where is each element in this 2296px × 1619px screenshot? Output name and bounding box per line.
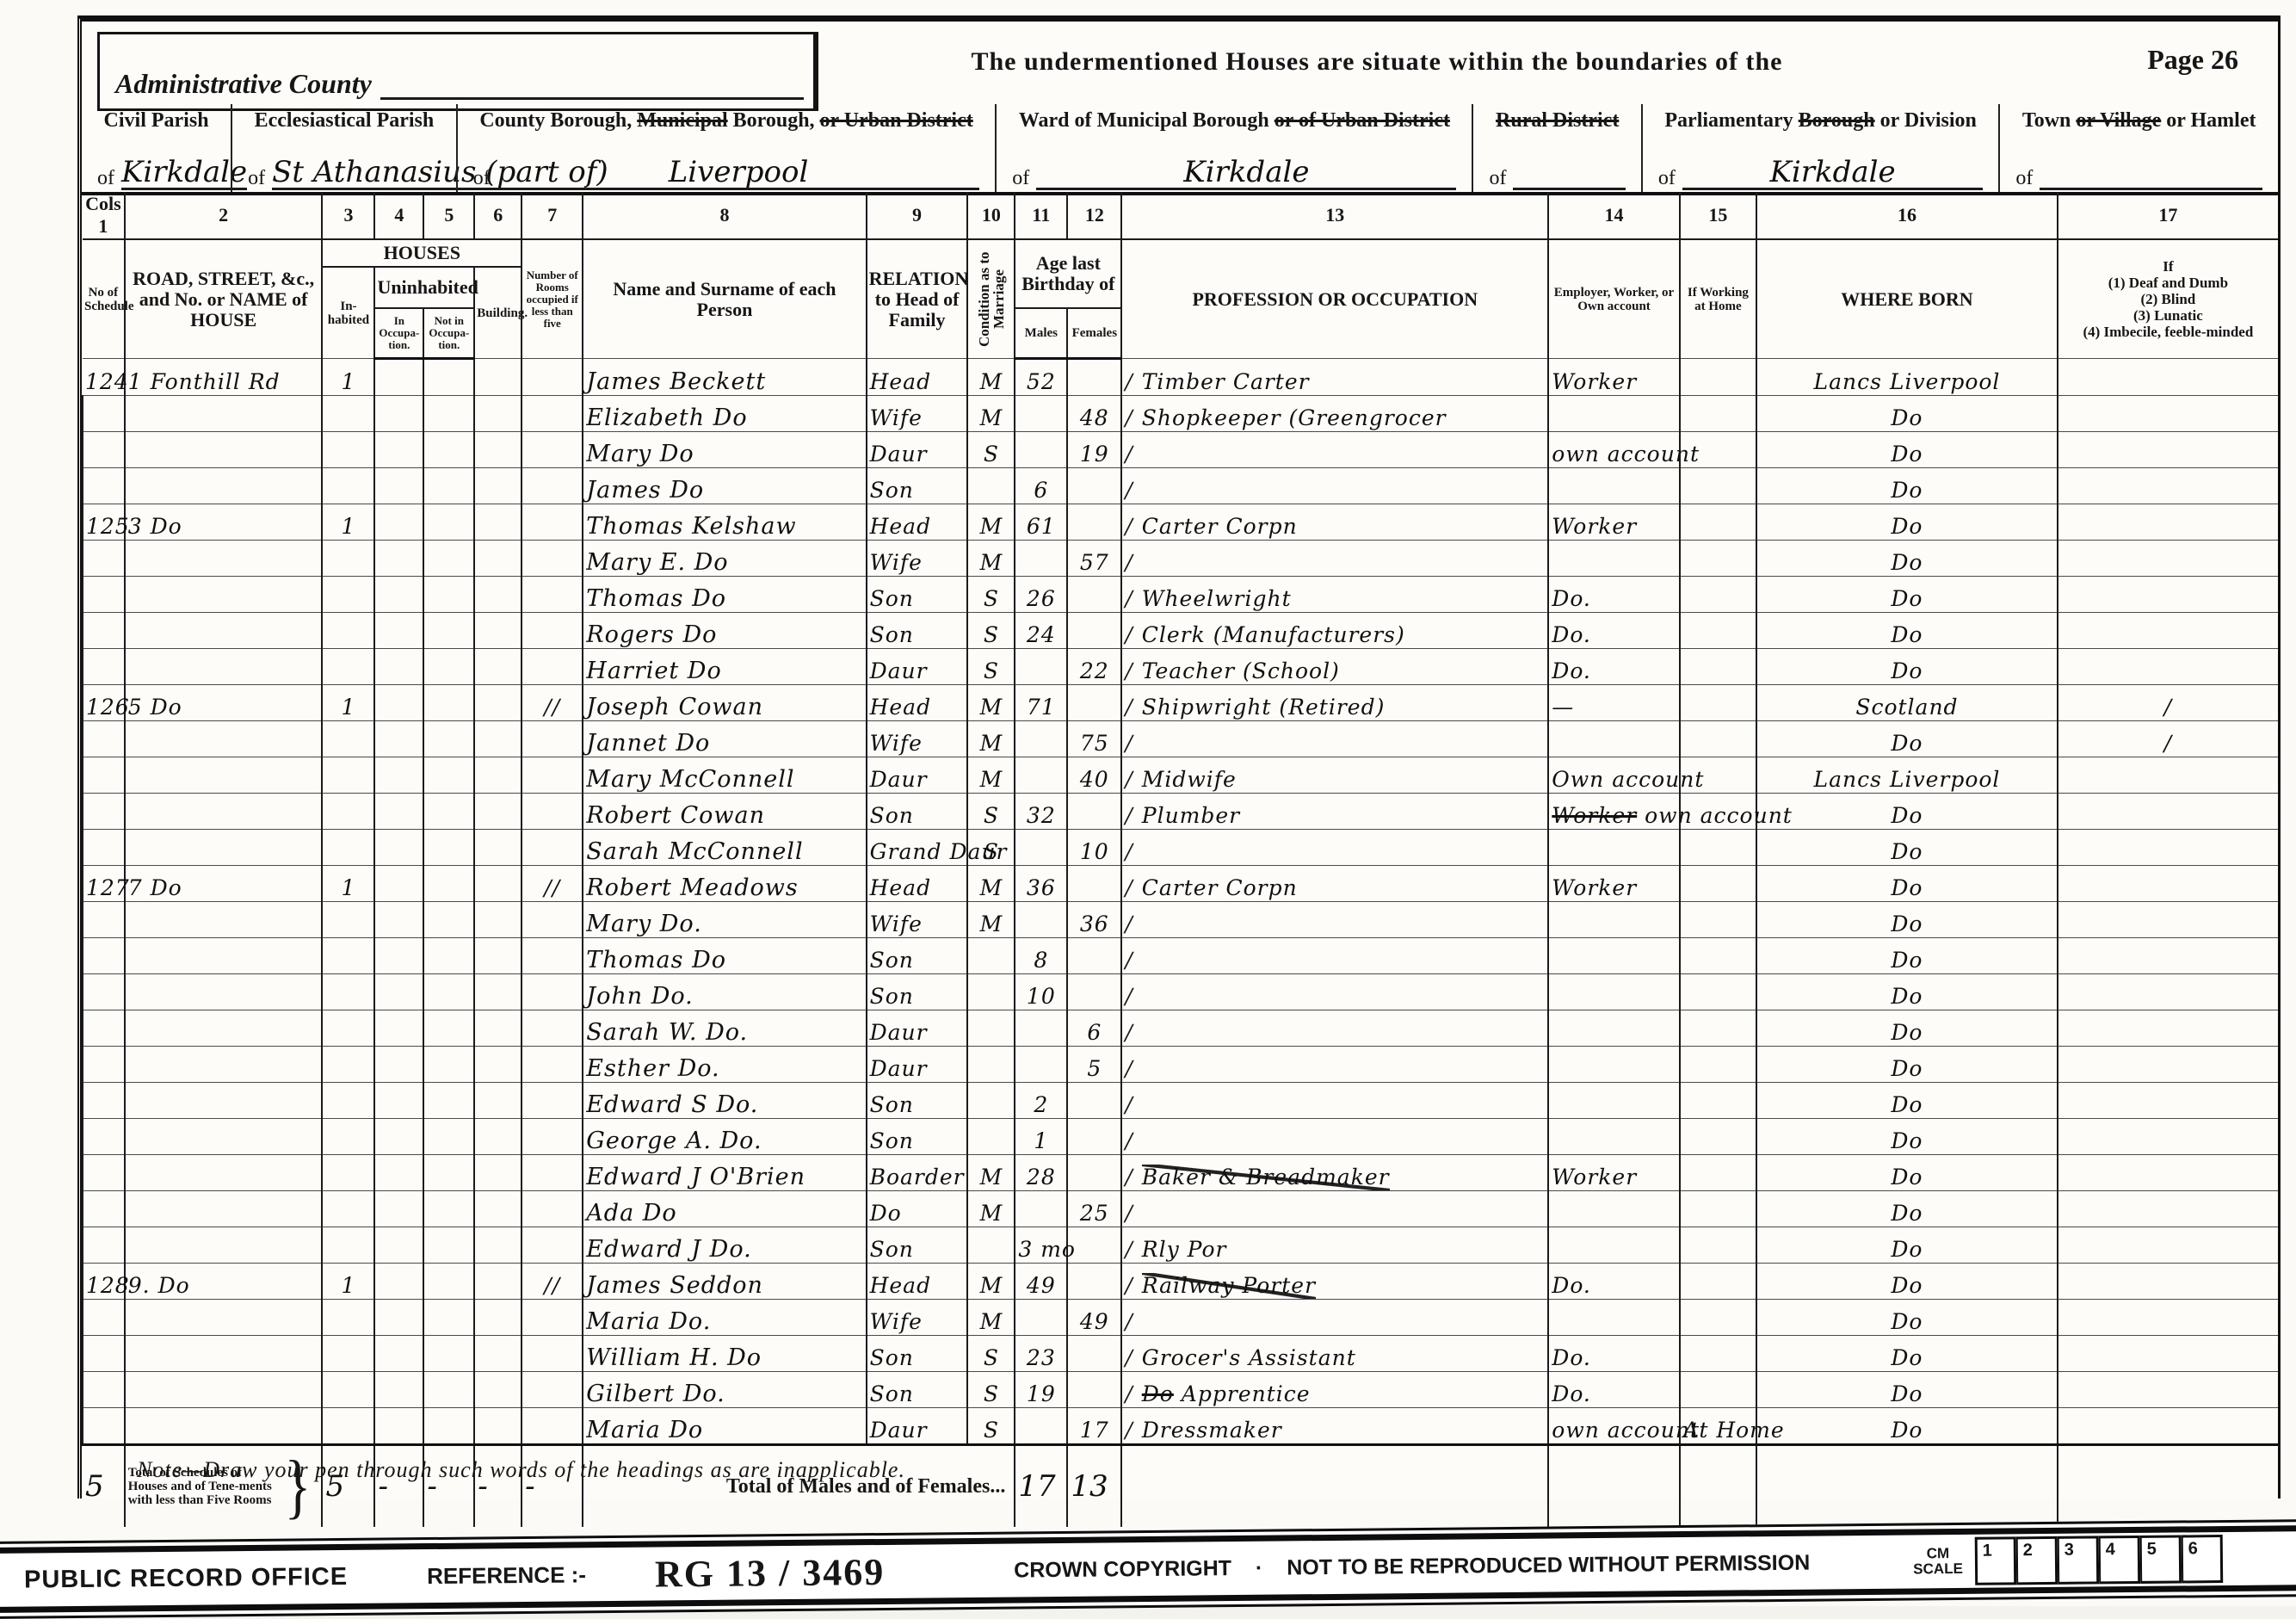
- cell-address: [125, 613, 323, 649]
- handwritten-text: Lancs Liverpool: [1813, 369, 2000, 394]
- cm-scale-label: CM SCALE: [1913, 1546, 1963, 1578]
- cell-inhabited: 1: [322, 866, 374, 902]
- cell-building: [474, 902, 522, 938]
- handwritten-text: Own account: [1552, 767, 1704, 792]
- handwritten-text: S: [984, 586, 999, 611]
- cell-schedule: [83, 1155, 125, 1191]
- district-title-segment: Civil Parish: [104, 109, 209, 132]
- cell-address: [125, 1336, 323, 1372]
- handwritten-text: Do.: [1552, 1381, 1591, 1406]
- handwritten-text: Thomas Do: [586, 947, 726, 973]
- handwritten-text: Clerk (Manufacturers): [1142, 622, 1405, 647]
- cell-employer: Do.: [1548, 1336, 1679, 1372]
- handwritten-text: Daur: [870, 1056, 928, 1081]
- cell-condition: S: [967, 432, 1015, 468]
- cell-age-male: 3 mo: [1015, 1227, 1067, 1264]
- cell-occupation: ∕: [1121, 541, 1548, 577]
- cell-rooms: [522, 1408, 583, 1445]
- cell-building: [474, 1372, 522, 1408]
- district-area-4: Rural Districtof: [1472, 104, 1640, 192]
- cell-age-male: [1015, 902, 1067, 938]
- col-num-6: 6: [474, 192, 522, 239]
- cell-age-male: 61: [1015, 504, 1067, 541]
- cell-occupation: ∕Shipwright (Retired): [1121, 685, 1548, 721]
- cell-employer: Worker: [1548, 866, 1679, 902]
- enumerator-tick-mark: ∕: [1125, 803, 1133, 828]
- cell-relation: Daur: [867, 757, 968, 794]
- enumerator-tick-mark: ∕: [1125, 1201, 1133, 1226]
- cell-age-male: 10: [1015, 974, 1067, 1010]
- footnote: Note—Draw your pen through such words of…: [137, 1457, 905, 1483]
- cell-employer: [1548, 902, 1679, 938]
- cell-age-female: [1067, 1336, 1121, 1372]
- handwritten-text: Do: [870, 1201, 902, 1226]
- handwritten-text: Robert Cowan: [586, 802, 765, 829]
- cell-employer: own account: [1548, 432, 1679, 468]
- cell-schedule: [83, 1083, 125, 1119]
- handwritten-text: Railway Porter: [1142, 1273, 1316, 1298]
- cell-not-in-occupation: [423, 866, 474, 902]
- archive-reference-strip: PUBLIC RECORD OFFICE REFERENCE :- RG 13 …: [0, 1519, 2296, 1606]
- col-header-building: Building.: [474, 267, 522, 359]
- cell-schedule: [83, 902, 125, 938]
- census-body: 1241 Fonthill Rd1James BeckettHeadM52∕Ti…: [83, 359, 2278, 1445]
- cell-rooms: [522, 577, 583, 613]
- cell-employer: Worker: [1548, 504, 1679, 541]
- cell-employer: Do.: [1548, 1264, 1679, 1300]
- table-row: Mary E. DoWifeM57∕Do: [83, 541, 2278, 577]
- reference-value: RG 13 / 3469: [655, 1549, 886, 1596]
- cell-schedule: 125: [83, 504, 125, 541]
- cell-occupation: ∕Timber Carter: [1121, 359, 1548, 396]
- table-row: Edward J O'BrienBoarderM28∕Baker & Bread…: [83, 1155, 2278, 1191]
- col-num-3: 3: [322, 192, 374, 239]
- col-header-houses: HOUSES: [322, 239, 522, 267]
- district-title-segment: Town: [2022, 109, 2076, 132]
- cell-age-male: 32: [1015, 794, 1067, 830]
- cell-rooms: [522, 504, 583, 541]
- cell-occupation: ∕: [1121, 1047, 1548, 1083]
- enumerator-tick-mark: ∕: [1125, 622, 1133, 647]
- cell-age-male: 1: [1015, 1119, 1067, 1155]
- enumerator-tick-mark: ∕: [1125, 1418, 1133, 1443]
- totals-empty-14: [1548, 1445, 1679, 1528]
- cell-occupation: ∕: [1121, 1083, 1548, 1119]
- handwritten-text: 75: [1080, 731, 1109, 756]
- cell-building: [474, 757, 522, 794]
- handwritten-text: 1: [342, 875, 356, 900]
- enumerator-tick-mark: ∕: [1125, 875, 1133, 900]
- table-row: 1277 Do1∕∕Robert MeadowsHeadM36∕Carter C…: [83, 866, 2278, 902]
- handwritten-text: Edward S Do.: [586, 1091, 758, 1118]
- handwritten-text: M: [980, 1273, 1003, 1298]
- cell-infirmity: [2058, 1336, 2278, 1372]
- cell-condition: S: [967, 577, 1015, 613]
- cell-occupation: ∕: [1121, 902, 1548, 938]
- cell-occupation: ∕Railway Porter: [1121, 1264, 1548, 1300]
- public-record-office-label: PUBLIC RECORD OFFICE: [24, 1562, 348, 1594]
- handwritten-text: James Beckett: [586, 368, 766, 395]
- cell-inhabited: [322, 1227, 374, 1264]
- cell-name: John Do.: [583, 974, 866, 1010]
- totals-empty-13: [1121, 1445, 1548, 1528]
- district-title-segment: Borough,: [728, 109, 820, 132]
- cell-address: [125, 1047, 323, 1083]
- cell-inhabited: 1: [322, 504, 374, 541]
- cell-occupation: ∕Teacher (School): [1121, 649, 1548, 685]
- cell-condition: [967, 1010, 1015, 1047]
- handwritten-text: 9. Do: [128, 1273, 190, 1298]
- handwritten-text: 25: [1080, 1201, 1109, 1226]
- cell-where-born: Do: [1756, 1155, 2058, 1191]
- cell-relation: Son: [867, 577, 968, 613]
- slashed-occupation: Baker & Breadmaker: [1142, 1165, 1390, 1190]
- enumerator-tick-mark: ∕: [1125, 1309, 1133, 1334]
- col-num-7: 7: [522, 192, 583, 239]
- cell-occupation: ∕: [1121, 468, 1548, 504]
- cell-address: [125, 1155, 323, 1191]
- cell-inhabited: [322, 721, 374, 757]
- cell-schedule: [83, 938, 125, 974]
- table-row: Thomas DoSonS26∕WheelwrightDo.Do: [83, 577, 2278, 613]
- cell-in-occupation: [374, 649, 423, 685]
- handwritten-text: Son: [870, 622, 914, 647]
- cell-rooms: ∕∕: [522, 1264, 583, 1300]
- handwritten-text: M: [980, 1201, 1003, 1226]
- cell-employer: [1548, 830, 1679, 866]
- col-num-12: 12: [1067, 192, 1121, 239]
- cell-not-in-occupation: [423, 902, 474, 938]
- table-row: 1289. Do1∕∕James SeddonHeadM49∕Railway P…: [83, 1264, 2278, 1300]
- cell-inhabited: [322, 1155, 374, 1191]
- cell-condition: S: [967, 794, 1015, 830]
- col-header-in-occupation: In Occupa-tion.: [374, 308, 423, 359]
- handwritten-text: Do: [1891, 1128, 1923, 1153]
- cell-occupation: ∕: [1121, 1119, 1548, 1155]
- handwritten-text: M: [980, 1165, 1003, 1190]
- col-header-relation: RELATION to Head of Family: [867, 239, 968, 359]
- cell-name: Joseph Cowan: [583, 685, 866, 721]
- cell-inhabited: [322, 396, 374, 432]
- handwritten-text: Son: [870, 1381, 914, 1406]
- cell-building: [474, 613, 522, 649]
- handwritten-text: Daur: [870, 1418, 928, 1443]
- cell-address: [125, 649, 323, 685]
- cell-not-in-occupation: [423, 432, 474, 468]
- cell-age-male: [1015, 396, 1067, 432]
- cell-inhabited: [322, 541, 374, 577]
- cell-address: [125, 1300, 323, 1336]
- handwritten-text: 1: [342, 695, 356, 720]
- cell-schedule: [83, 432, 125, 468]
- handwritten-text: 26: [1027, 586, 1056, 611]
- cell-condition: [967, 1227, 1015, 1264]
- cell-employer: [1548, 721, 1679, 757]
- district-header-band: Civil ParishofKirkdaleEcclesiastical Par…: [82, 104, 2278, 195]
- handwritten-text: Do: [1891, 1201, 1923, 1226]
- handwritten-text: Do: [1891, 478, 1923, 503]
- cell-schedule: [83, 830, 125, 866]
- handwritten-text: 125: [86, 514, 130, 539]
- col-header-not-occupation: Not in Occupa-tion.: [423, 308, 474, 359]
- handwritten-text: 124: [85, 369, 129, 394]
- cell-name: Maria Do.: [583, 1300, 866, 1336]
- handwritten-text: S: [984, 622, 999, 647]
- cell-schedule: 124: [83, 359, 125, 396]
- of-word: of: [1489, 167, 1506, 190]
- cell-occupation: ∕Wheelwright: [1121, 577, 1548, 613]
- handwritten-text: Shipwright (Retired): [1142, 695, 1386, 720]
- cell-in-occupation: [374, 1336, 423, 1372]
- cell-name: James Do: [583, 468, 866, 504]
- cell-building: [474, 1264, 522, 1300]
- handwritten-text: James Seddon: [586, 1272, 763, 1299]
- handwritten-text: Jannet Do: [586, 730, 710, 757]
- handwritten-text: Head: [870, 695, 932, 720]
- cell-schedule: [83, 1336, 125, 1372]
- handwritten-text: M: [980, 875, 1003, 900]
- table-row: 1265 Do1∕∕Joseph CowanHeadM71∕Shipwright…: [83, 685, 2278, 721]
- cell-name: William H. Do: [583, 1336, 866, 1372]
- handwritten-text: Wheelwright: [1142, 586, 1292, 611]
- cell-name: Thomas Kelshaw: [583, 504, 866, 541]
- cell-infirmity: [2058, 1300, 2278, 1336]
- cell-infirmity: [2058, 468, 2278, 504]
- district-area-of-row: ofKirkdale: [82, 157, 231, 190]
- cell-in-occupation: [374, 938, 423, 974]
- cell-age-female: 36: [1067, 902, 1121, 938]
- cell-condition: [967, 1047, 1015, 1083]
- handwritten-text: Daur: [870, 442, 928, 467]
- cell-inhabited: [322, 757, 374, 794]
- cell-rooms: [522, 541, 583, 577]
- enumerator-tick-mark: ∕: [1125, 478, 1133, 503]
- cell-inhabited: [322, 1336, 374, 1372]
- cell-inhabited: [322, 613, 374, 649]
- handwritten-text: Son: [870, 1092, 914, 1117]
- table-row: Ada DoDoM25∕Do: [83, 1191, 2278, 1227]
- cell-infirmity: [2058, 541, 2278, 577]
- handwritten-text: M: [980, 550, 1003, 575]
- cell-infirmity: [2058, 902, 2278, 938]
- cell-infirmity: [2058, 938, 2278, 974]
- cell-relation: Wife: [867, 1300, 968, 1336]
- cm-label: CM: [1913, 1546, 1963, 1562]
- cell-infirmity: ∕: [2058, 721, 2278, 757]
- cell-rooms: [522, 1227, 583, 1264]
- district-title-segment: or Urban District: [820, 109, 973, 132]
- cell-relation: Son: [867, 1372, 968, 1408]
- cell-age-female: 19: [1067, 432, 1121, 468]
- cell-where-born: Do: [1756, 1300, 2058, 1336]
- district-area-6: Town or Village or Hamletof: [1998, 104, 2278, 192]
- handwritten-text: Do.: [1552, 1273, 1591, 1298]
- cell-rooms: [522, 432, 583, 468]
- cell-age-male: 49: [1015, 1264, 1067, 1300]
- col-header-rooms: Number of Rooms occupied if less than fi…: [522, 239, 583, 359]
- cell-name: James Beckett: [583, 359, 866, 396]
- cell-working-at-home: [1680, 1047, 1756, 1083]
- cell-infirmity: [2058, 396, 2278, 432]
- cell-occupation: ∕Dressmaker: [1121, 1408, 1548, 1445]
- handwritten-text: 49: [1080, 1309, 1109, 1334]
- of-word: of: [2015, 167, 2033, 190]
- cell-employer: [1548, 396, 1679, 432]
- col-num-10: 10: [967, 192, 1015, 239]
- cell-where-born: Do: [1756, 1227, 2058, 1264]
- cell-inhabited: [322, 1300, 374, 1336]
- cell-building: [474, 1119, 522, 1155]
- cell-where-born: Do: [1756, 1083, 2058, 1119]
- table-row: George A. Do.Son1∕Do: [83, 1119, 2278, 1155]
- cell-in-occupation: [374, 359, 423, 396]
- handwritten-text: 19: [1027, 1381, 1056, 1406]
- handwritten-text: George A. Do.: [586, 1128, 762, 1154]
- cell-inhabited: [322, 1191, 374, 1227]
- handwritten-text: Do: [1891, 984, 1923, 1009]
- cell-building: [474, 1227, 522, 1264]
- cell-age-female: [1067, 504, 1121, 541]
- handwritten-text: Head: [870, 875, 932, 900]
- district-area-of-row: of: [2000, 167, 2278, 190]
- handwritten-text: ∕: [2164, 731, 2172, 756]
- cell-not-in-occupation: [423, 1336, 474, 1372]
- cell-inhabited: [322, 468, 374, 504]
- cell-relation: Head: [867, 866, 968, 902]
- cell-where-born: Do: [1756, 902, 2058, 938]
- handwritten-text: 127: [86, 875, 130, 900]
- cell-not-in-occupation: [423, 757, 474, 794]
- archive-reference-strip-inner: PUBLIC RECORD OFFICE REFERENCE :- RG 13 …: [0, 1525, 2296, 1606]
- handwritten-text: S: [984, 1381, 999, 1406]
- cell-not-in-occupation: [423, 396, 474, 432]
- houses-band-row: No of Schedule ROAD, STREET, &c., and No…: [83, 239, 2278, 267]
- cell-condition: S: [967, 1372, 1015, 1408]
- cell-age-male: 24: [1015, 613, 1067, 649]
- handwritten-text: Sarah McConnell: [586, 838, 803, 865]
- table-row: Edward J Do.Son3 mo∕Rly PorDo: [83, 1227, 2278, 1264]
- handwritten-text: Do.: [1552, 586, 1591, 611]
- cell-occupation: ∕: [1121, 432, 1548, 468]
- infirmity-line-3: (3) Lunatic: [2060, 307, 2276, 324]
- cell-age-male: [1015, 830, 1067, 866]
- table-row: 1253 Do1Thomas KelshawHeadM61∕Carter Cor…: [83, 504, 2278, 541]
- district-area-value: Kirkdale: [121, 157, 247, 190]
- col-header-employer: Employer, Worker, or Own account: [1548, 239, 1679, 359]
- handwritten-text: Worker: [1552, 369, 1637, 394]
- cell-building: [474, 721, 522, 757]
- cell-age-male: 52: [1015, 359, 1067, 396]
- cell-where-born: Do: [1756, 1408, 2058, 1445]
- cell-age-male: [1015, 1408, 1067, 1445]
- cell-where-born: Do: [1756, 1010, 2058, 1047]
- cell-in-occupation: [374, 1300, 423, 1336]
- cell-where-born: Do: [1756, 1264, 2058, 1300]
- cell-rooms: [522, 468, 583, 504]
- cell-building: [474, 359, 522, 396]
- cell-infirmity: [2058, 577, 2278, 613]
- cell-age-female: [1067, 468, 1121, 504]
- handwritten-text: Carter Corpn: [1142, 514, 1298, 539]
- reproduction-notice: NOT TO BE REPRODUCED WITHOUT PERMISSION: [1287, 1550, 1810, 1580]
- handwritten-text: Robert Meadows: [586, 874, 798, 901]
- handwritten-text: Maria Do: [586, 1417, 703, 1443]
- cell-age-female: [1067, 1264, 1121, 1300]
- district-title-segment: or Division: [1875, 109, 1977, 132]
- handwritten-text: Apprentice: [1174, 1381, 1311, 1406]
- cell-address: [125, 1408, 323, 1445]
- cell-address: [125, 468, 323, 504]
- of-word: of: [1658, 167, 1676, 190]
- cell-not-in-occupation: [423, 649, 474, 685]
- cell-working-at-home: [1680, 938, 1756, 974]
- col-num-17: 17: [2058, 192, 2278, 239]
- cell-working-at-home: [1680, 830, 1756, 866]
- handwritten-text: Do: [1891, 1165, 1923, 1190]
- cell-age-female: 57: [1067, 541, 1121, 577]
- totals-empty-17: [2058, 1445, 2278, 1528]
- handwritten-text: Daur: [870, 658, 928, 683]
- handwritten-text: ∕: [2164, 695, 2172, 720]
- cell-condition: M: [967, 396, 1015, 432]
- cell-building: [474, 468, 522, 504]
- handwritten-text: Do: [1891, 405, 1923, 430]
- enumerator-tick-mark: ∕: [1125, 442, 1133, 467]
- cell-relation: Son: [867, 613, 968, 649]
- cell-employer: [1548, 1083, 1679, 1119]
- cell-infirmity: [2058, 359, 2278, 396]
- cell-where-born: Do: [1756, 613, 2058, 649]
- cell-employer: [1548, 468, 1679, 504]
- cell-inhabited: [322, 1408, 374, 1445]
- cell-name: Jannet Do: [583, 721, 866, 757]
- cell-inhabited: [322, 974, 374, 1010]
- handwritten-text: 1: [342, 1273, 356, 1298]
- cell-rooms: [522, 830, 583, 866]
- of-word: of: [1012, 167, 1029, 190]
- cell-name: Sarah W. Do.: [583, 1010, 866, 1047]
- cell-condition: M: [967, 1155, 1015, 1191]
- cell-inhabited: 1: [322, 685, 374, 721]
- cell-age-female: 49: [1067, 1300, 1121, 1336]
- handwritten-text: Ada Do: [586, 1200, 676, 1227]
- handwritten-text: Shopkeeper (Greengrocer: [1142, 405, 1447, 430]
- handwritten-text: 32: [1027, 803, 1056, 828]
- cell-not-in-occupation: [423, 685, 474, 721]
- cell-rooms: [522, 794, 583, 830]
- handwritten-text: 24: [1027, 622, 1056, 647]
- cell-employer: [1548, 1010, 1679, 1047]
- cell-employer: [1548, 1191, 1679, 1227]
- cell-in-occupation: [374, 396, 423, 432]
- handwritten-text: Elizabeth Do: [586, 405, 747, 431]
- census-form: Administrative County The undermentioned…: [77, 15, 2281, 1499]
- handwritten-text: S: [984, 1418, 999, 1443]
- enumerator-tick-mark: ∕: [1125, 550, 1133, 575]
- handwritten-text: Lancs Liverpool: [1813, 767, 2000, 792]
- cell-in-occupation: [374, 1119, 423, 1155]
- handwritten-text: Do: [1891, 839, 1923, 864]
- cell-relation: Head: [867, 359, 968, 396]
- handwritten-text: 48: [1080, 405, 1109, 430]
- district-area-title: Civil Parish: [82, 109, 231, 133]
- cell-age-female: [1067, 1372, 1121, 1408]
- cell-inhabited: [322, 1083, 374, 1119]
- totals-empty-15: [1680, 1445, 1756, 1528]
- cell-age-female: 25: [1067, 1191, 1121, 1227]
- cell-infirmity: [2058, 613, 2278, 649]
- handwritten-text: Edward J Do.: [586, 1236, 751, 1263]
